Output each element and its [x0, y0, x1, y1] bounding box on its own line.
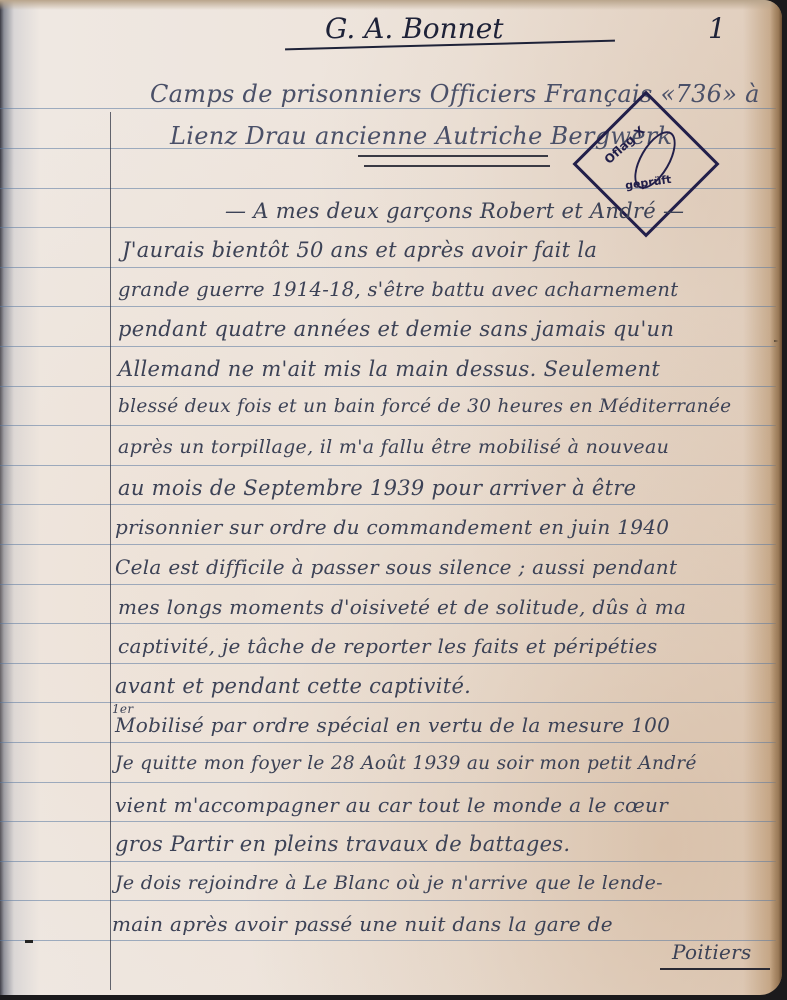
body-line: gros Partir en pleins travaux de battage… [115, 832, 570, 856]
ruled-line [0, 900, 776, 901]
ruled-line [0, 267, 776, 268]
body-line: au mois de Septembre 1939 pour arriver à… [118, 476, 636, 500]
margin-line [110, 112, 111, 990]
body-line: Je dois rejoindre à Le Blanc où je n'arr… [115, 872, 663, 894]
heading-line-1: Camps de prisonniers Officiers Français … [150, 80, 760, 108]
body-line: blessé deux fois et un bain forcé de 30 … [118, 396, 731, 417]
body-line: captivité, je tâche de reporter les fait… [118, 634, 658, 658]
body-line: vient m'accompagner au car tout le monde… [115, 793, 668, 817]
body-line: grande guerre 1914-18, s'être battu avec… [118, 278, 678, 301]
ruled-line [0, 940, 776, 941]
ruled-line [0, 386, 776, 387]
notebook-page: G. A. Bonnet 1 Camps de prisonniers Offi… [0, 0, 782, 995]
body-line-closing: Poitiers [672, 940, 752, 964]
ruled-line [0, 861, 776, 862]
ruled-line [0, 544, 776, 545]
body-line: Je quitte mon foyer le 28 Août 1939 au s… [115, 753, 697, 774]
closing-underline [660, 968, 770, 970]
ruled-line [0, 425, 776, 426]
heading-underline-bottom [364, 165, 550, 167]
ruled-line [0, 227, 776, 228]
page-number: 1 [708, 12, 726, 45]
body-line: main après avoir passé une nuit dans la … [112, 912, 613, 936]
ruled-line [0, 346, 776, 347]
ink-mark [25, 940, 33, 943]
heading-underline-top [358, 155, 548, 157]
ruled-line [0, 465, 776, 466]
body-line: J'aurais bientôt 50 ans et après avoir f… [122, 238, 597, 262]
body-line: Mobilisé par ordre spécial en vertu de l… [115, 713, 670, 737]
body-line: mes longs moments d'oisiveté et de solit… [118, 595, 686, 619]
ruled-line [0, 623, 776, 624]
ink-mark [774, 340, 779, 342]
body-line: après un torpillage, il m'a fallu être m… [118, 436, 669, 458]
ruled-line [0, 306, 776, 307]
body-line: avant et pendant cette captivité. [115, 674, 471, 698]
ruled-line [0, 782, 776, 783]
body-line: Allemand ne m'ait mis la main dessus. Se… [118, 357, 660, 381]
body-line: Cela est difficile à passer sous silence… [115, 555, 677, 579]
ruled-line [0, 742, 776, 743]
ruled-line [0, 663, 776, 664]
author-signature: G. A. Bonnet [325, 12, 504, 45]
ruled-line [0, 584, 776, 585]
ruled-line [0, 821, 776, 822]
body-line: pendant quatre années et demie sans jama… [118, 317, 674, 341]
ruled-line [0, 504, 776, 505]
body-line: prisonnier sur ordre du commandement en … [115, 515, 669, 539]
body-line: — A mes deux garçons Robert et André — [225, 199, 684, 223]
